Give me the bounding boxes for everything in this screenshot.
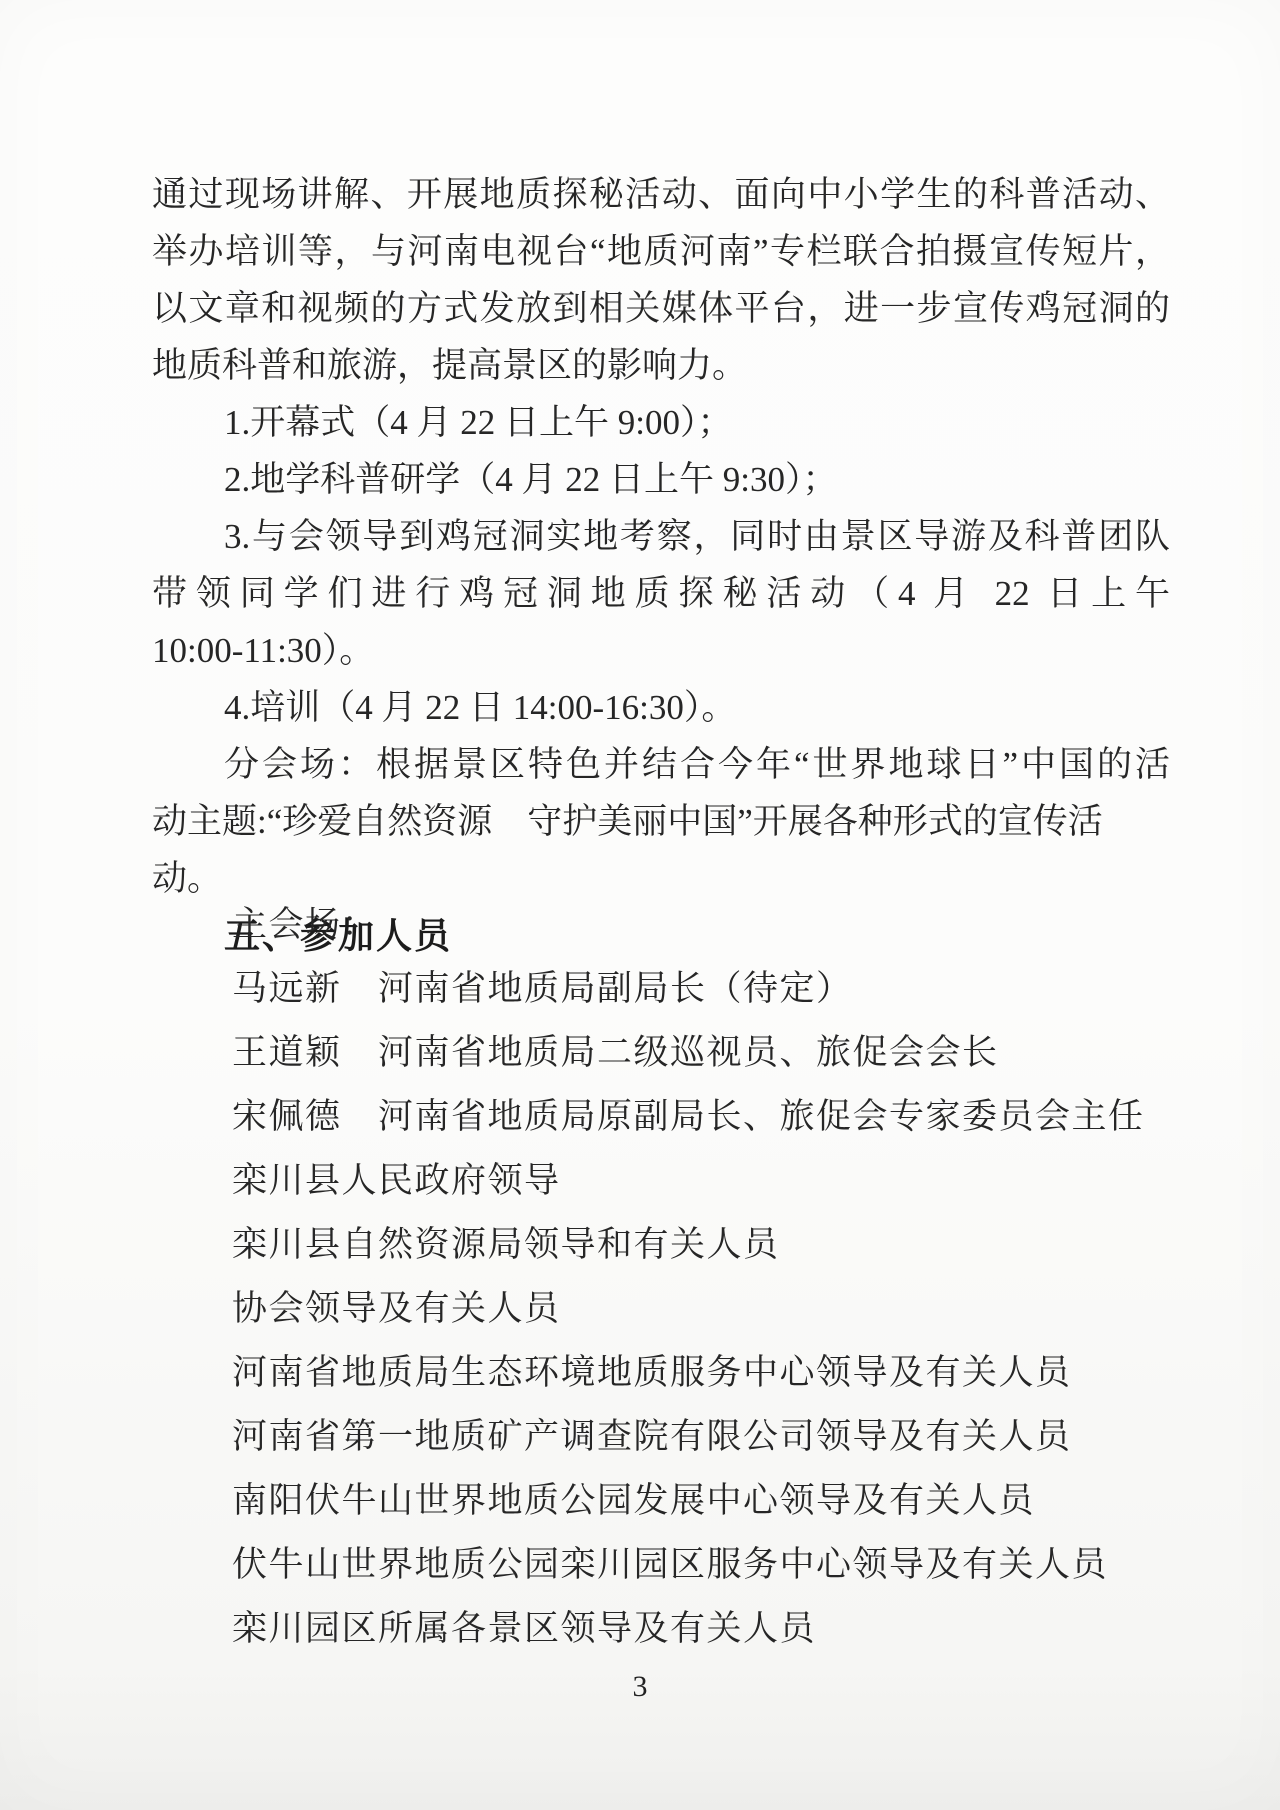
agenda-item-3-continued: 带领同学们进行鸡冠洞地质探秘活动（4 月 22 日上午	[152, 565, 1170, 622]
intro-line: 通过现场讲解、开展地质探秘活动、面向中小学生的科普活动、	[152, 166, 1170, 223]
document-page: 通过现场讲解、开展地质探秘活动、面向中小学生的科普活动、 举办培训等，与河南电视…	[0, 0, 1280, 1810]
participant-line: 王道颖 河南省地质局二级巡视员、旅促会会长	[232, 1021, 1172, 1085]
intro-line: 地质科普和旅游，提高景区的影响力。	[152, 337, 1170, 394]
participant-line: 河南省第一地质矿产调查院有限公司领导及有关人员	[232, 1405, 1172, 1469]
agenda-item-2: 2.地学科普研学（4 月 22 日上午 9:30）；	[152, 451, 1170, 508]
participant-line: 马远新 河南省地质局副局长（待定）	[232, 957, 1172, 1021]
participant-line: 栾川县自然资源局领导和有关人员	[232, 1213, 1172, 1277]
agenda-item-3-continued: 10:00-11:30）。	[152, 622, 1170, 679]
branch-venue-line: 动主题:“珍爱自然资源 守护美丽中国”开展各种形式的宣传活动。	[152, 793, 1170, 907]
participant-line: 协会领导及有关人员	[232, 1277, 1172, 1341]
agenda-item-1: 1.开幕式（4 月 22 日上午 9:00）；	[152, 394, 1170, 451]
agenda-item-3: 3.与会领导到鸡冠洞实地考察，同时由景区导游及科普团队	[152, 508, 1170, 565]
participant-line: 南阳伏牛山世界地质公园发展中心领导及有关人员	[232, 1469, 1172, 1533]
intro-line: 举办培训等，与河南电视台“地质河南”专栏联合拍摄宣传短片，	[152, 223, 1170, 280]
page-number: 3	[0, 1668, 1280, 1706]
branch-venue-line: 分会场：根据景区特色并结合今年“世界地球日”中国的活	[152, 736, 1170, 793]
intro-line: 以文章和视频的方式发放到相关媒体平台，进一步宣传鸡冠洞的	[152, 280, 1170, 337]
main-venue-label: 主会场：	[232, 893, 1172, 957]
participant-line: 栾川园区所属各景区领导及有关人员	[232, 1597, 1172, 1661]
participant-line: 伏牛山世界地质公园栾川园区服务中心领导及有关人员	[232, 1533, 1172, 1597]
participants-list: 主会场： 马远新 河南省地质局副局长（待定） 王道颖 河南省地质局二级巡视员、旅…	[152, 893, 1172, 1661]
participant-line: 河南省地质局生态环境地质服务中心领导及有关人员	[232, 1341, 1172, 1405]
agenda-item-4: 4.培训（4 月 22 日 14:00-16:30）。	[152, 679, 1170, 736]
participant-line: 宋佩德 河南省地质局原副局长、旅促会专家委员会主任	[232, 1085, 1172, 1149]
body-text: 通过现场讲解、开展地质探秘活动、面向中小学生的科普活动、 举办培训等，与河南电视…	[152, 166, 1170, 964]
participant-line: 栾川县人民政府领导	[232, 1149, 1172, 1213]
